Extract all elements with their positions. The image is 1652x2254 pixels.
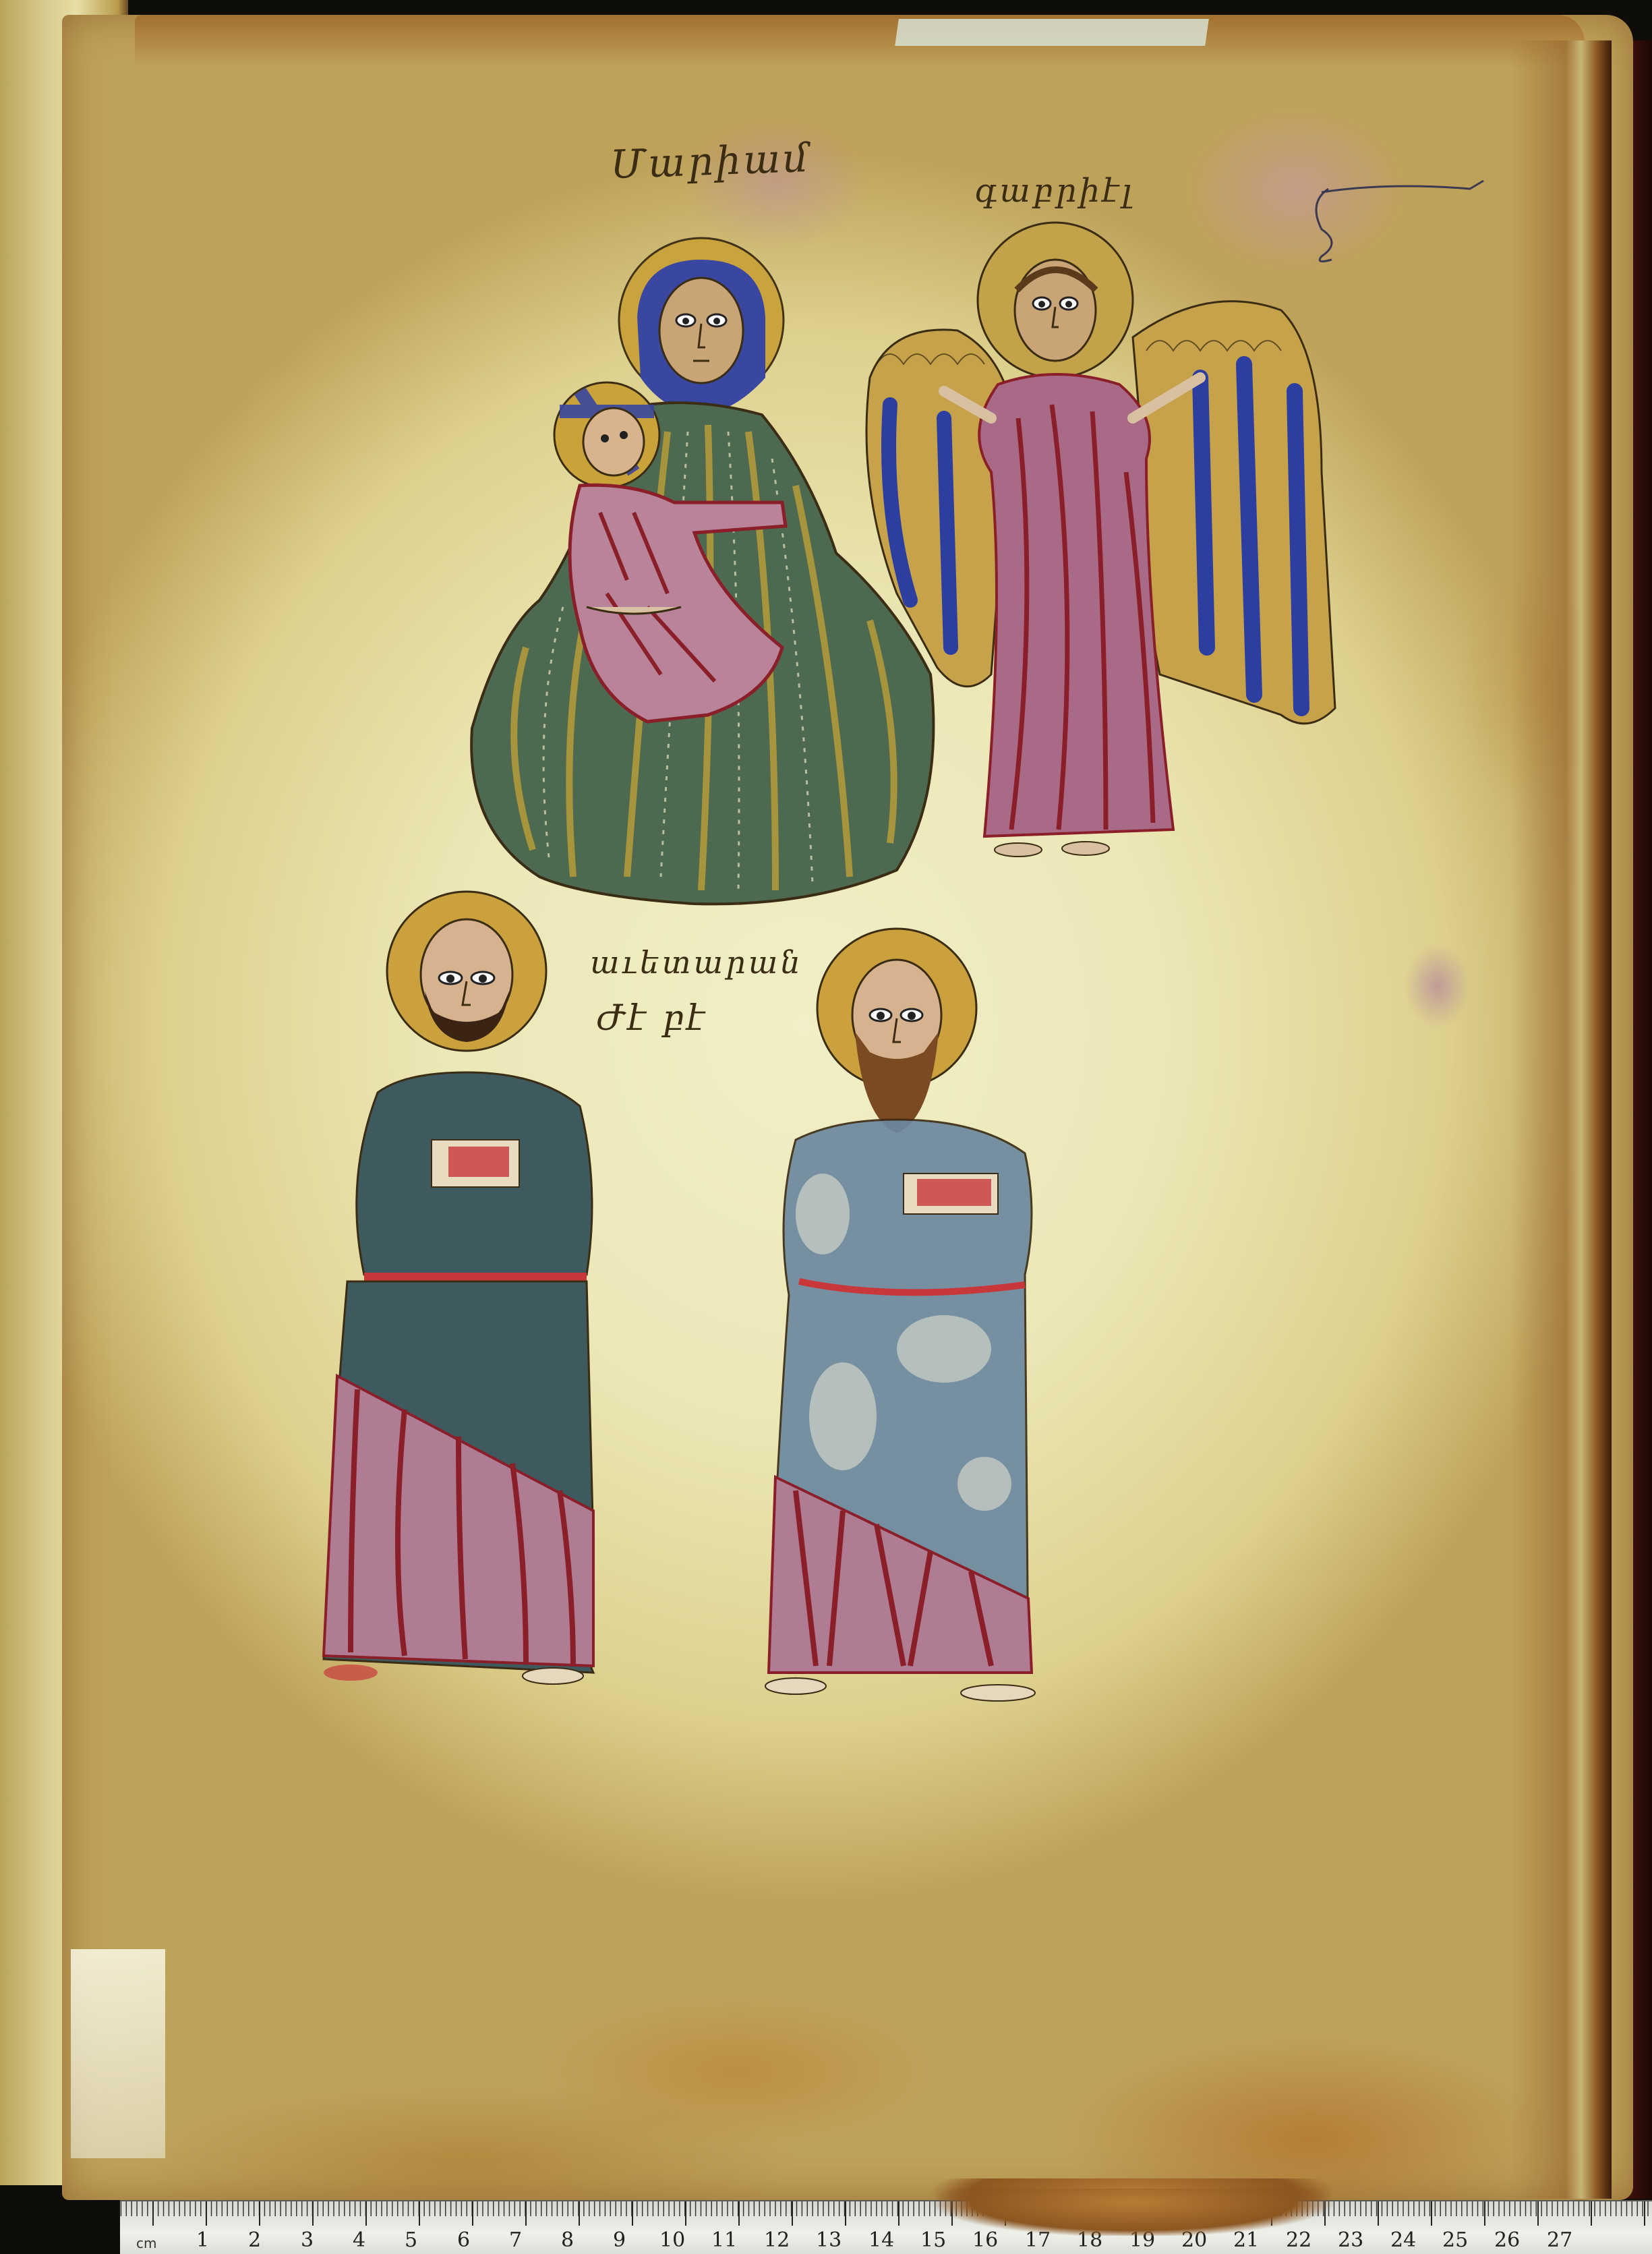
- ruler-label: 2: [248, 2228, 261, 2252]
- marginal-ink-sketch: [0, 0, 1652, 2254]
- ruler-label: 6: [457, 2228, 470, 2252]
- ruler-label: 26: [1494, 2228, 1520, 2252]
- ruler-label: 8: [561, 2228, 574, 2252]
- ruler-label: 10: [659, 2228, 685, 2252]
- ruler-label: 7: [509, 2228, 522, 2252]
- ruler-label: 4: [353, 2228, 365, 2252]
- ruler-label: 12: [764, 2228, 790, 2252]
- ruler-label: 13: [816, 2228, 842, 2252]
- ruler-label: 1: [196, 2228, 209, 2252]
- ruler-label: 9: [613, 2228, 626, 2252]
- ruler-unit: cm: [136, 2235, 156, 2251]
- ruler-label: 3: [301, 2228, 314, 2252]
- ruler-label: 11: [711, 2228, 737, 2252]
- torn-edge-overlap: [870, 2189, 1396, 2236]
- ruler-label: 5: [405, 2228, 417, 2252]
- ruler-label: 27: [1547, 2228, 1572, 2252]
- ruler-label: 25: [1442, 2228, 1468, 2252]
